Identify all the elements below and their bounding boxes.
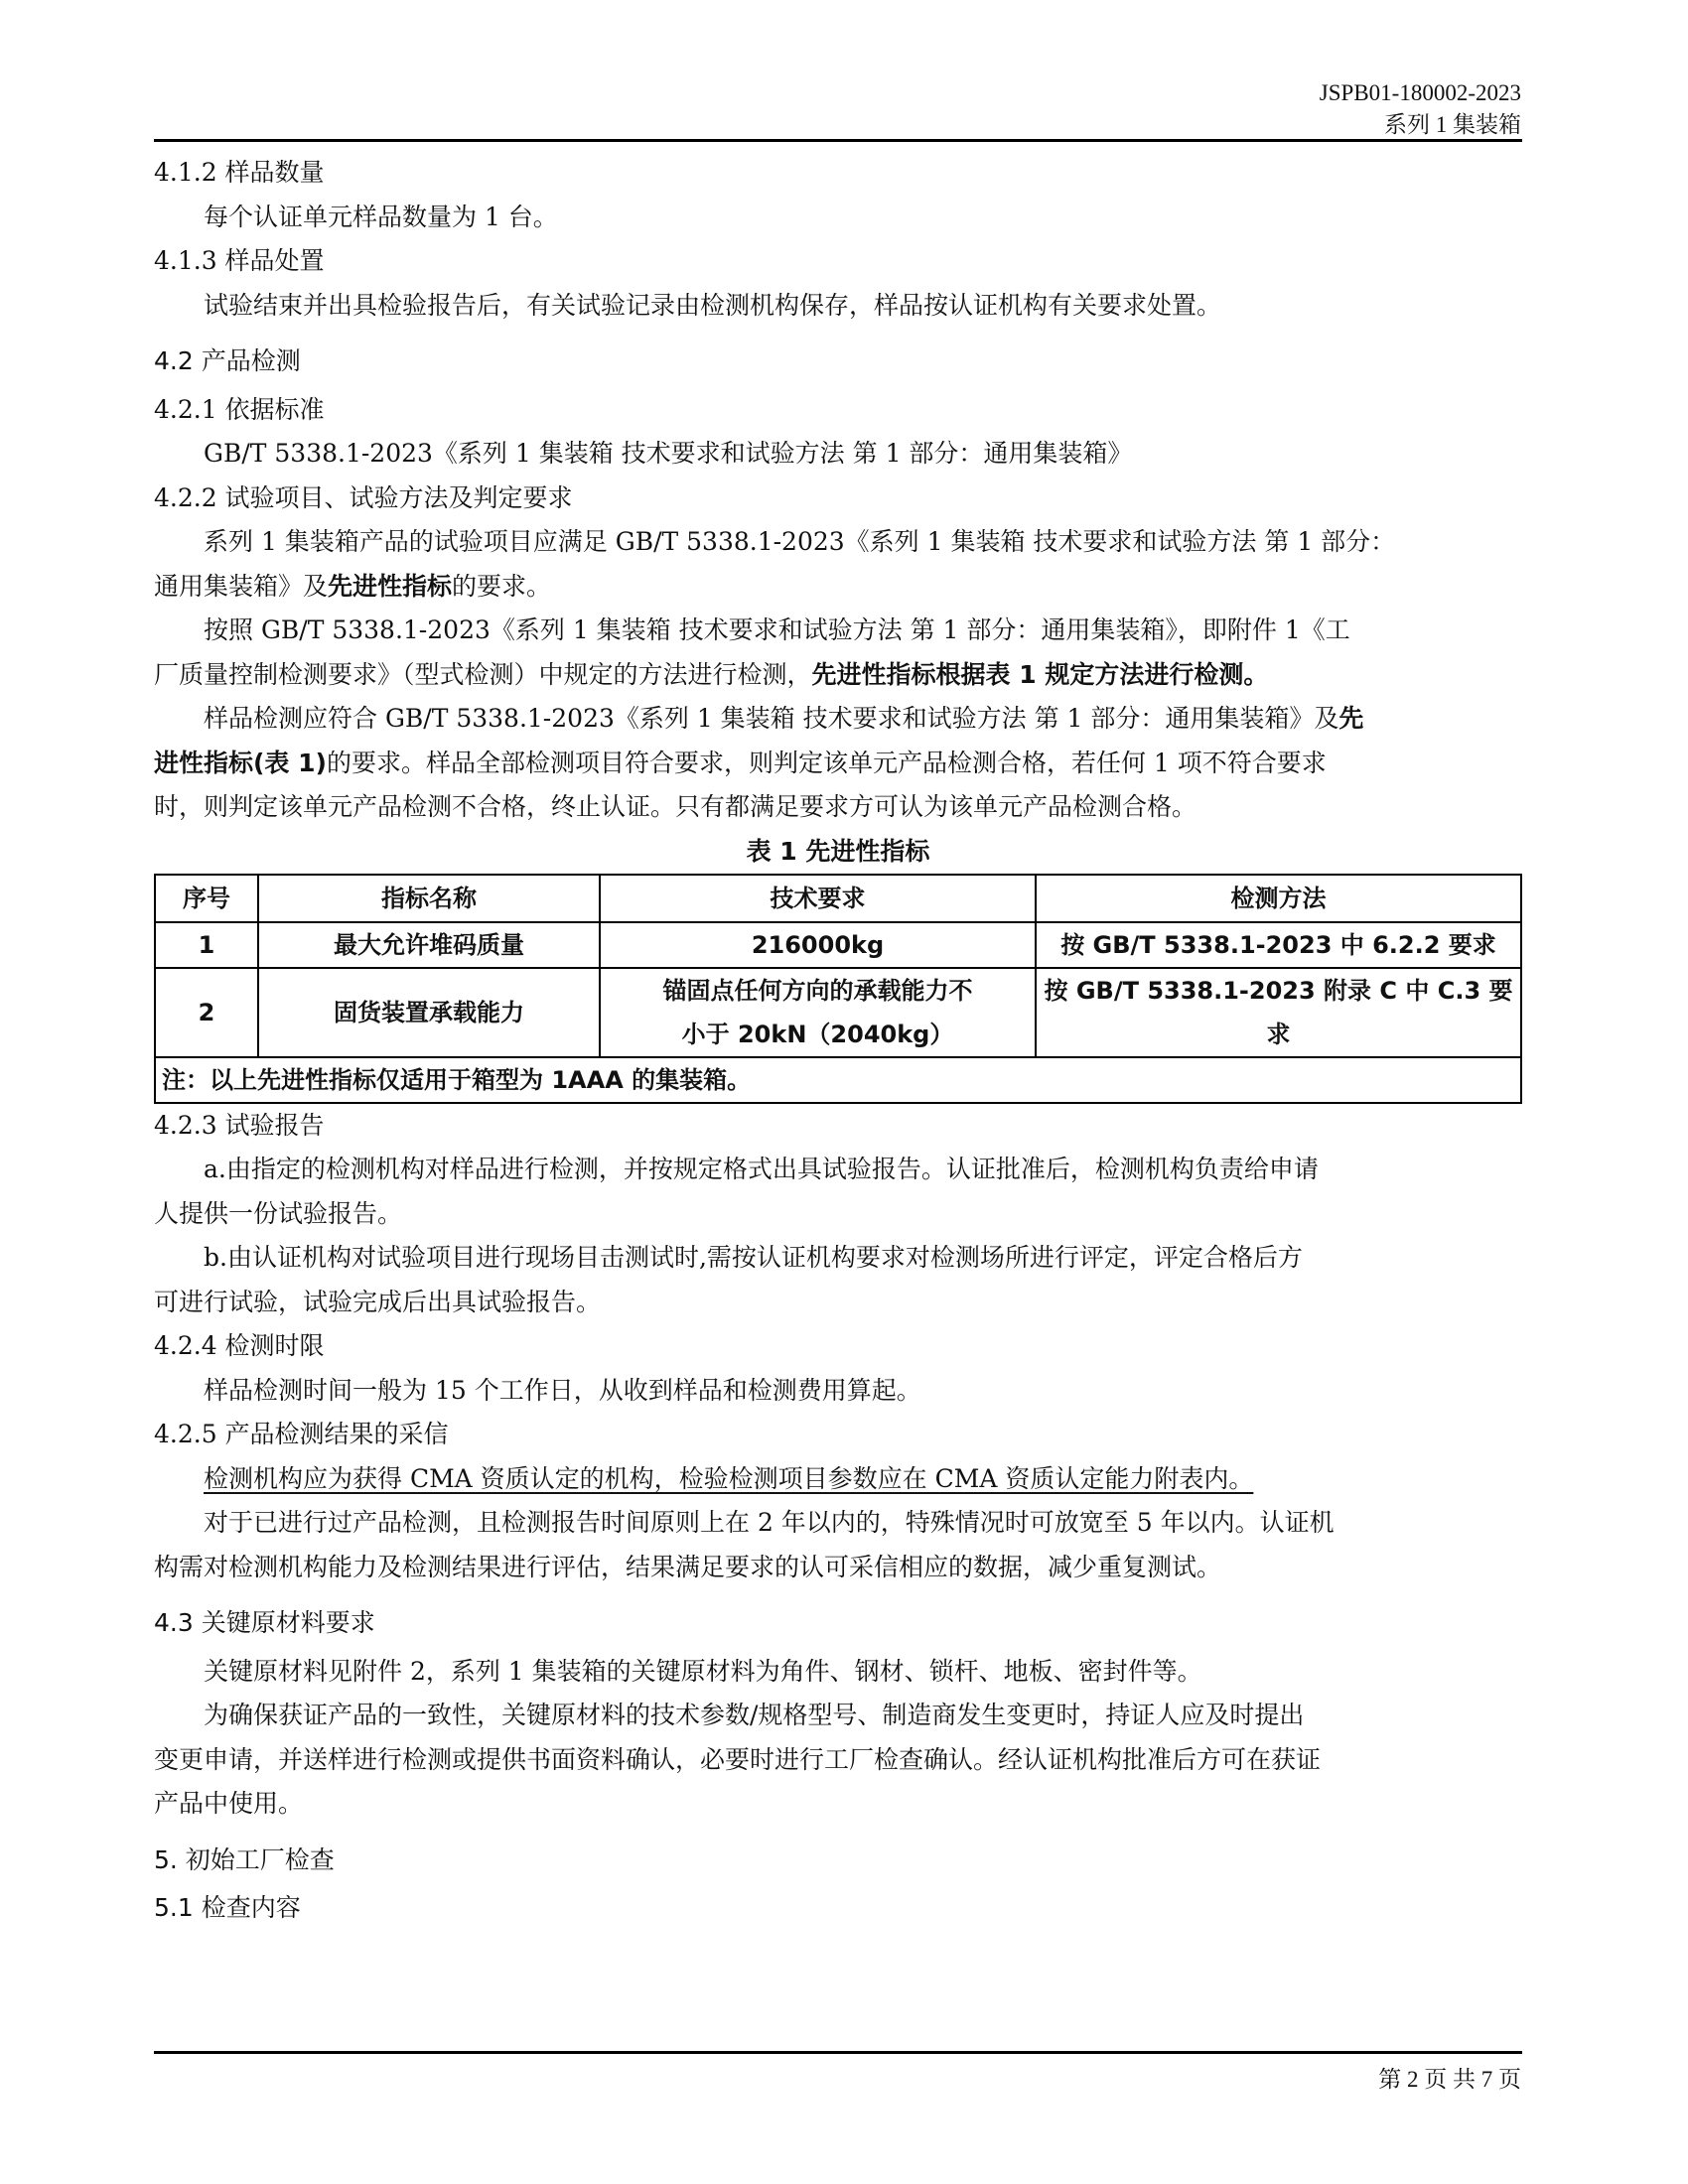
- heading-4-2: 4.2 产品检测: [154, 340, 1522, 384]
- footer-rule: [154, 2051, 1522, 2054]
- heading-4-2-4: 4.2.4 检测时限: [154, 1324, 1522, 1369]
- col-header: 序号: [155, 875, 258, 922]
- col-header: 检测方法: [1036, 875, 1521, 922]
- col-header: 技术要求: [600, 875, 1036, 922]
- heading-4-1-3: 4.1.3 样品处置: [154, 239, 1522, 284]
- heading-4-2-3: 4.2.3 试验报告: [154, 1104, 1522, 1149]
- paragraph-line: b.由认证机构对试验项目进行现场目击测试时,需按认证机构要求对检测场所进行评定，…: [154, 1236, 1522, 1281]
- paragraph-line: 为确保获证产品的一致性，关键原材料的技术参数/规格型号、制造商发生变更时，持证人…: [154, 1694, 1522, 1738]
- paragraph-line: a.由指定的检测机构对样品进行检测，并按规定格式出具试验报告。认证批准后，检测机…: [154, 1148, 1522, 1192]
- heading-5-1: 5.1 检查内容: [154, 1886, 1522, 1931]
- table-header-row: 序号 指标名称 技术要求 检测方法: [155, 875, 1521, 922]
- heading-4-2-1: 4.2.1 依据标准: [154, 388, 1522, 433]
- paragraph-line: 变更申请，并送样进行检测或提供书面资料确认，必要时进行工厂检查确认。经认证机构批…: [154, 1738, 1522, 1783]
- paragraph-line: 可进行试验，试验完成后出具试验报告。: [154, 1281, 1522, 1325]
- page-content: 4.1.2 样品数量 每个认证单元样品数量为 1 台。 4.1.3 样品处置 试…: [154, 151, 1522, 1931]
- indicator-table: 序号 指标名称 技术要求 检测方法 1 最大允许堆码质量 216000kg 按 …: [154, 874, 1522, 1104]
- heading-4-1-2: 4.1.2 样品数量: [154, 151, 1522, 196]
- paragraph-line: 系列 1 集装箱产品的试验项目应满足 GB/T 5338.1-2023《系列 1…: [154, 520, 1522, 565]
- paragraph: 每个认证单元样品数量为 1 台。: [154, 196, 1522, 240]
- table-row: 1 最大允许堆码质量 216000kg 按 GB/T 5338.1-2023 中…: [155, 922, 1521, 968]
- paragraph-line: 厂质量控制检测要求》（型式检测）中规定的方法进行检测，先进性指标根据表 1 规定…: [154, 653, 1522, 698]
- paragraph: 试验结束并出具检验报告后，有关试验记录由检测机构保存，样品按认证机构有关要求处置…: [154, 284, 1522, 329]
- document-page: JSPB01-180002-2023 系列 1 集装箱 4.1.2 样品数量 每…: [0, 0, 1688, 2184]
- heading-5: 5. 初始工厂检查: [154, 1839, 1522, 1883]
- heading-4-3: 4.3 关键原材料要求: [154, 1601, 1522, 1646]
- page-header: JSPB01-180002-2023 系列 1 集装箱: [1320, 77, 1521, 141]
- paragraph-line: 样品检测应符合 GB/T 5338.1-2023《系列 1 集装箱 技术要求和试…: [154, 697, 1522, 742]
- paragraph: 关键原材料见附件 2，系列 1 集装箱的关键原材料为角件、钢材、锁杆、地板、密封…: [154, 1650, 1522, 1695]
- paragraph: GB/T 5338.1-2023《系列 1 集装箱 技术要求和试验方法 第 1 …: [154, 432, 1522, 477]
- paragraph: 样品检测时间一般为 15 个工作日，从收到样品和检测费用算起。: [154, 1369, 1522, 1414]
- col-header: 指标名称: [258, 875, 600, 922]
- paragraph-line: 按照 GB/T 5338.1-2023《系列 1 集装箱 技术要求和试验方法 第…: [154, 609, 1522, 653]
- table-caption: 表 1 先进性指标: [154, 830, 1522, 874]
- paragraph-line: 产品中使用。: [154, 1782, 1522, 1827]
- emphasis: 先进性指标根据表 1 规定方法进行检测。: [812, 660, 1269, 689]
- page-number: 第 2 页 共 7 页: [1378, 2061, 1521, 2094]
- table-row: 2 固货装置承载能力 锚固点任何方向的承载能力不小于 20kN（2040kg） …: [155, 968, 1521, 1057]
- table-note: 注：以上先进性指标仅适用于箱型为 1AAA 的集装箱。: [155, 1057, 1521, 1103]
- paragraph-line: 构需对检测机构能力及检测结果进行评估，结果满足要求的认可采信相应的数据，减少重复…: [154, 1546, 1522, 1590]
- paragraph-line: 通用集装箱》及先进性指标的要求。: [154, 565, 1522, 610]
- paragraph-line: 对于已进行过产品检测，且检测报告时间原则上在 2 年以内的，特殊情况时可放宽至 …: [154, 1501, 1522, 1546]
- table-note-row: 注：以上先进性指标仅适用于箱型为 1AAA 的集装箱。: [155, 1057, 1521, 1103]
- doc-title: 系列 1 集装箱: [1320, 109, 1521, 141]
- paragraph-line: 进性指标(表 1)的要求。样品全部检测项目符合要求，则判定该单元产品检测合格，若…: [154, 742, 1522, 786]
- header-rule: [154, 139, 1522, 142]
- heading-4-2-5: 4.2.5 产品检测结果的采信: [154, 1413, 1522, 1457]
- emphasis: 先进性指标: [328, 572, 452, 601]
- paragraph-line: 时，则判定该单元产品检测不合格，终止认证。只有都满足要求方可认为该单元产品检测合…: [154, 785, 1522, 830]
- paragraph-line: 人提供一份试验报告。: [154, 1192, 1522, 1237]
- heading-4-2-2: 4.2.2 试验项目、试验方法及判定要求: [154, 477, 1522, 521]
- doc-code: JSPB01-180002-2023: [1320, 77, 1521, 109]
- underlined-statement: 检测机构应为获得 CMA 资质认定的机构，检验检测项目参数应在 CMA 资质认定…: [154, 1457, 1522, 1502]
